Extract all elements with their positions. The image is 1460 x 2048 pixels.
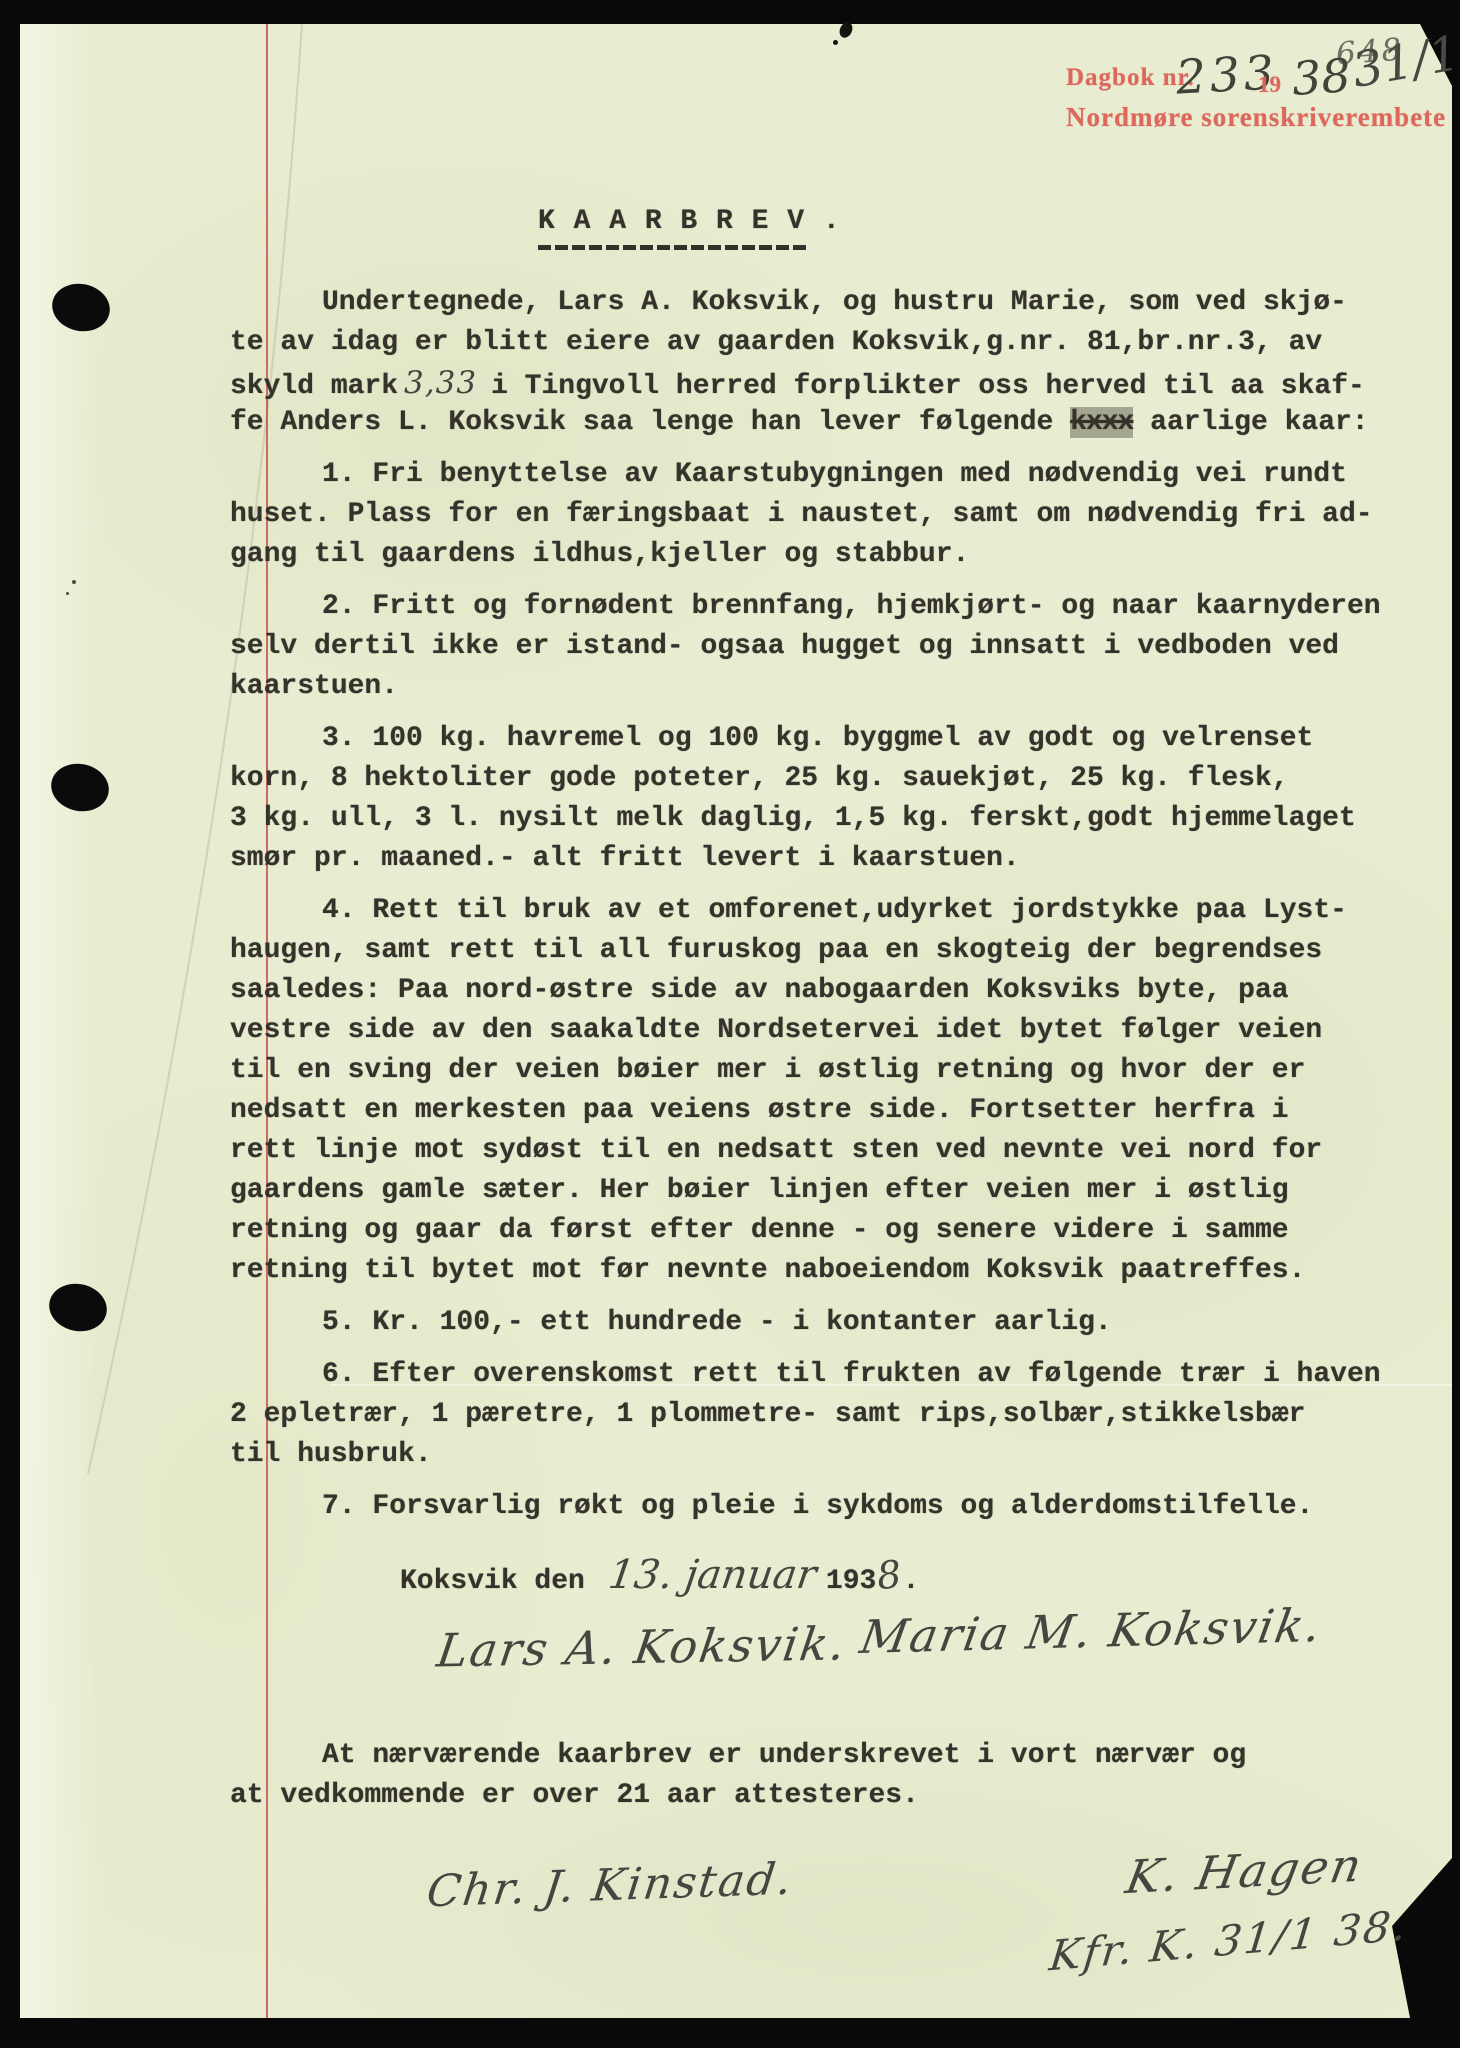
dateline-place: Koksvik den <box>400 1562 585 1602</box>
typed-line: 1. Fri benyttelse av Kaarstubygningen me… <box>230 455 1381 495</box>
struck-out-word: kxxx <box>1070 407 1133 438</box>
typed-line: til en sving der veien bøier mer i østli… <box>230 1051 1381 1091</box>
typed-line: vestre side av den saakaldte Nordseterve… <box>230 1011 1381 1051</box>
typed-line: 6. Efter overenskomst rett til frukten a… <box>230 1355 1381 1395</box>
ink-speck <box>72 580 76 584</box>
typed-line: gaardens gamle sæter. Her bøier linjen e… <box>230 1171 1381 1211</box>
typed-line: gang til gaardens ildhus,kjeller og stab… <box>230 535 1381 575</box>
typed-line: 2. Fritt og fornødent brennfang, hjemkjø… <box>230 587 1381 627</box>
typed-line: kaarstuen. <box>230 667 1381 707</box>
typed-line: 3. 100 kg. havremel og 100 kg. byggmel a… <box>230 719 1381 759</box>
dateline-date-handwritten: 13. januar <box>606 1552 820 1598</box>
typed-line: smør pr. maaned.- alt fritt levert i kaa… <box>230 839 1381 879</box>
typed-line: saaledes: Paa nord-østre side av nabogaa… <box>230 971 1381 1011</box>
dateline-period: . <box>903 1562 920 1602</box>
typed-line: fe Anders L. Koksvik saa lenge han lever… <box>230 403 1381 443</box>
typed-segment: i Tingvoll herred forplikter oss herved … <box>491 371 1365 402</box>
paragraph: Undertegnede, Lars A. Koksvik, og hustru… <box>230 283 1381 443</box>
paragraph: 2. Fritt og fornødent brennfang, hjemkjø… <box>230 587 1381 707</box>
stamp-year-handwritten: 38 <box>1290 48 1352 106</box>
dateline-year-typed: 193 <box>826 1562 876 1602</box>
paragraph: 5. Kr. 100,- ett hundrede - i kontanter … <box>230 1303 1381 1343</box>
typed-line: selv dertil ikke er istand- ogsaa hugget… <box>230 627 1381 667</box>
typed-line: 5. Kr. 100,- ett hundrede - i kontanter … <box>230 1303 1381 1343</box>
paragraph: 6. Efter overenskomst rett til frukten a… <box>230 1355 1381 1475</box>
typed-line: skyld mark3,33i Tingvoll herred forplikt… <box>230 363 1381 403</box>
typed-line: 4. Rett til bruk av et omforenet,udyrket… <box>230 891 1381 931</box>
typed-line: korn, 8 hektoliter gode poteter, 25 kg. … <box>230 759 1381 799</box>
typed-line: huset. Plass for en færingsbaat i nauste… <box>230 495 1381 535</box>
typed-segment: fe Anders L. Koksvik saa lenge han lever… <box>230 407 1070 438</box>
stamp-year-prefix: 19 <box>1258 72 1281 98</box>
typed-line: haugen, samt rett til all furuskog paa e… <box>230 931 1381 971</box>
typed-line: retning og gaar da først efter denne - o… <box>230 1211 1381 1251</box>
typed-line: retning til bytet mot før nevnte naboeie… <box>230 1251 1381 1291</box>
paragraph: 4. Rett til bruk av et omforenet,udyrket… <box>230 891 1381 1291</box>
typed-segment: skyld mark <box>230 371 398 402</box>
signature-lars-koksvik: Lars A. Koksvik. <box>434 1616 851 1677</box>
typed-line: 7. Forsvarlig røkt og pleie i sykdoms og… <box>230 1487 1381 1527</box>
typed-line: rett linje mot sydøst til en nedsatt ste… <box>230 1131 1381 1171</box>
paragraph: 3. 100 kg. havremel og 100 kg. byggmel a… <box>230 719 1381 879</box>
title-underline <box>538 245 808 250</box>
paragraph: 1. Fri benyttelse av Kaarstubygningen me… <box>230 455 1381 575</box>
dateline-year-digit-handwritten: 8 <box>875 1552 904 1598</box>
ink-speck <box>66 592 69 595</box>
typed-segment: aarlige kaar: <box>1133 407 1368 438</box>
typed-line: 3 kg. ull, 3 l. nysilt melk daglig, 1,5 … <box>230 799 1381 839</box>
typed-line: 2 epletrær, 1 pæretre, 1 plommetre- samt… <box>230 1395 1381 1435</box>
typed-line: te av idag er blitt eiere av gaarden Kok… <box>230 323 1381 363</box>
typed-line: At nærværende kaarbrev er underskrevet i… <box>230 1736 1246 1776</box>
attestation-text: At nærværende kaarbrev er underskrevet i… <box>230 1736 1246 1816</box>
handwritten-insert: 3,33 <box>404 365 477 401</box>
document-body: Undertegnede, Lars A. Koksvik, og hustru… <box>230 283 1381 1527</box>
paragraph: 7. Forsvarlig røkt og pleie i sykdoms og… <box>230 1487 1381 1527</box>
office-name-stamp: Nordmøre sorenskriverembete <box>1066 102 1446 133</box>
typed-line: til husbruk. <box>230 1435 1381 1475</box>
document-title: K A A R B R E V . <box>538 206 841 237</box>
paragraph: At nærværende kaarbrev er underskrevet i… <box>230 1736 1246 1816</box>
scan-background: { "registry": { "page_number": "648", "s… <box>0 0 1460 2048</box>
typed-line: nedsatt en merkesten paa veiens østre si… <box>230 1091 1381 1131</box>
ink-speck <box>833 40 838 45</box>
typed-line: at vedkommende er over 21 aar attesteres… <box>230 1776 1246 1816</box>
dateline: Koksvik den 13. januar 193 8 . <box>400 1552 919 1602</box>
typed-line: Undertegnede, Lars A. Koksvik, og hustru… <box>230 283 1381 323</box>
